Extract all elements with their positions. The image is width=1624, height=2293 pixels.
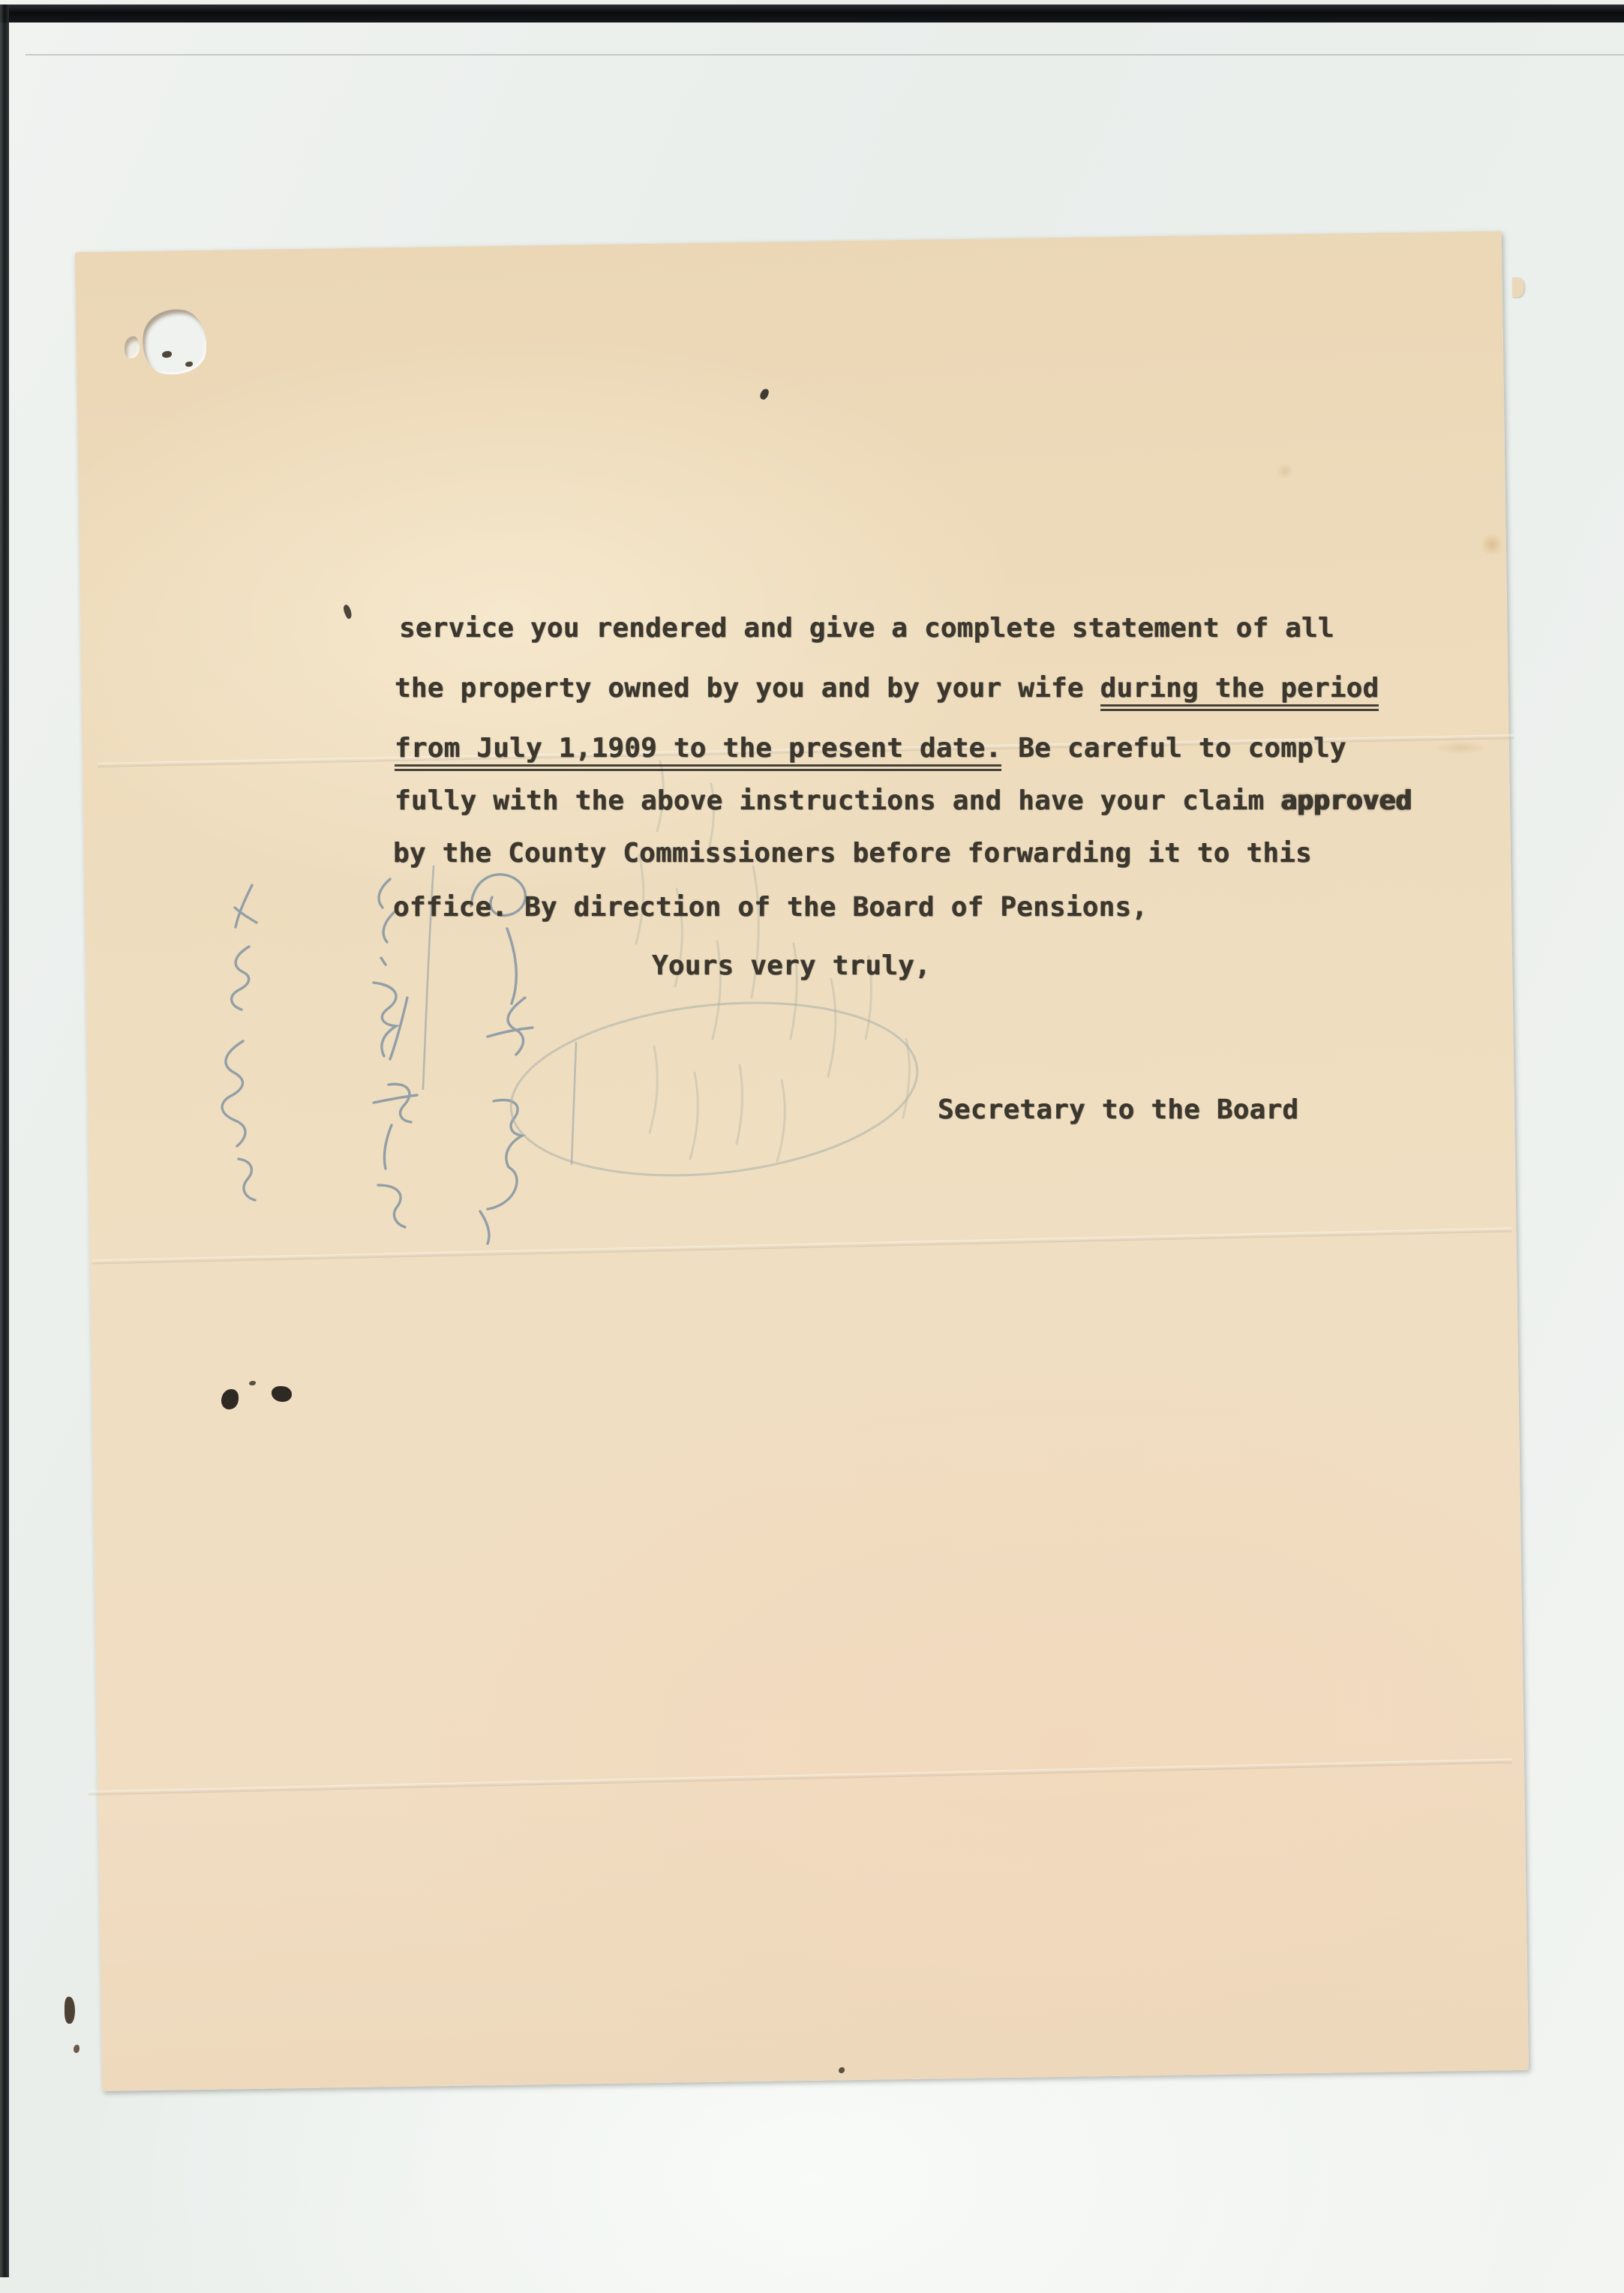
typed-text: by the County Commissioners before forwa… [393, 838, 1312, 869]
scanned-letter-page: service you rendered and give a complete… [0, 0, 1624, 2293]
typed-text: the property owned by you and by your wi… [395, 673, 1100, 704]
typed-line-4: fully with the above instructions and ha… [395, 786, 1412, 816]
typed-line-6: office. By direction of the Board of Pen… [393, 893, 1148, 923]
typed-line-3: from July 1,1909 to the present date. Be… [395, 734, 1346, 764]
underlined-phrase: from July 1,1909 to the present date. [395, 733, 1001, 771]
closing-line: Yours very truly, [652, 951, 931, 981]
typed-text: service you rendered and give a complete… [399, 613, 1334, 644]
typed-line-5: by the County Commissioners before forwa… [393, 839, 1312, 869]
pencil-annotations [0, 0, 1624, 2293]
margin-handwriting [222, 866, 576, 1244]
typed-text: office. By direction of the Board of Pen… [393, 892, 1148, 923]
signature-title-line: Secretary to the Board [938, 1095, 1298, 1125]
pencil-oval [503, 984, 926, 1194]
typed-text: Be careful to comply [1001, 733, 1346, 764]
typed-line-1: service you rendered and give a complete… [399, 614, 1334, 644]
typed-line-2: the property owned by you and by your wi… [395, 674, 1379, 704]
emphasized-word: approved [1280, 785, 1412, 816]
typed-text: Secretary to the Board [938, 1094, 1298, 1125]
typed-text: Yours very truly, [652, 950, 931, 981]
typed-text: fully with the above instructions and ha… [395, 785, 1280, 816]
underlined-phrase: during the period [1100, 673, 1379, 711]
